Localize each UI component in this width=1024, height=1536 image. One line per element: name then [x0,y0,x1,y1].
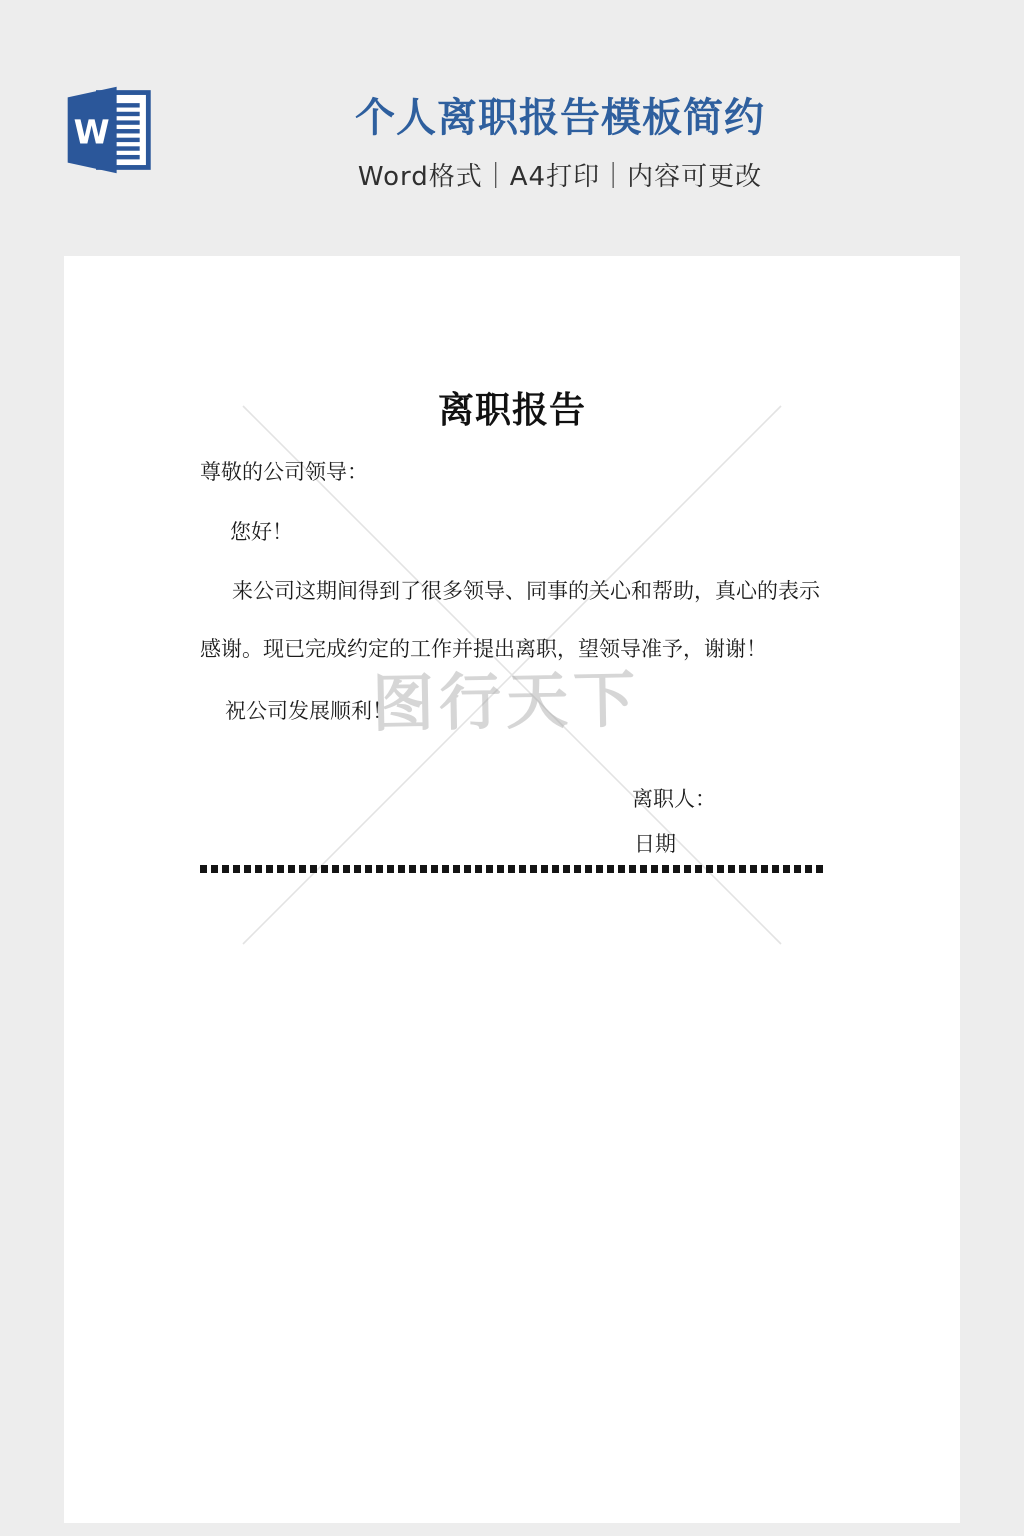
watermark-cross-lines [64,256,960,1523]
closing-line: 祝公司发展顺利！ [225,698,393,725]
body-line-2: 感谢。现已完成约定的工作并提出离职，望领导准予，谢谢！ [200,636,767,663]
template-preview: W 个人离职报告模板简约 Word格式｜A4打印｜内容可更改 图行天下 离职报告… [0,0,1024,1536]
salutation-line: 尊敬的公司领导： [200,459,368,486]
word-icon: W [60,82,156,178]
document-page: 图行天下 离职报告 尊敬的公司领导： 您好！ 来公司这期间得到了很多领导、同事的… [64,256,960,1523]
signer-label: 离职人： [632,786,716,813]
dotted-divider [200,865,824,873]
watermark-text: 图行天下 [371,650,641,744]
word-icon-letter: W [74,113,110,151]
word-logo-graphic: W [60,82,156,178]
header-subtitle: Word格式｜A4打印｜内容可更改 [300,156,820,193]
header: W 个人离职报告模板简约 Word格式｜A4打印｜内容可更改 [0,0,1024,256]
page-title: 个人离职报告模板简约 [300,92,820,144]
document-title: 离职报告 [64,382,960,433]
body-line-1: 来公司这期间得到了很多领导、同事的关心和帮助，真心的表示 [232,578,820,605]
greeting-line: 您好！ [230,519,293,546]
date-label: 日期 [634,831,676,858]
header-text: 个人离职报告模板简约 Word格式｜A4打印｜内容可更改 [300,92,820,193]
